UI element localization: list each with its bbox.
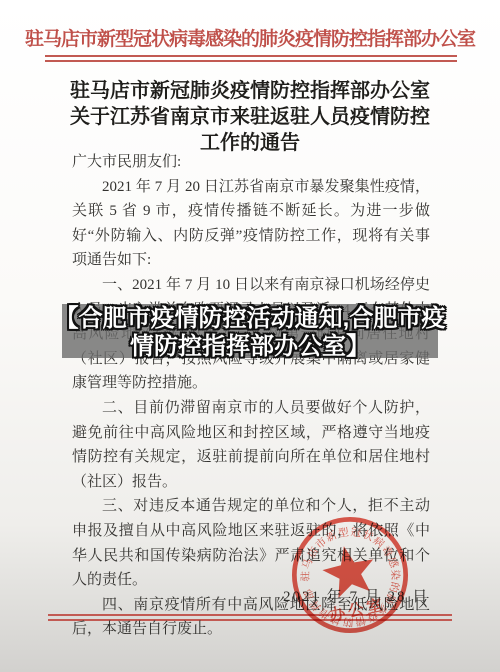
letterhead-org-name: 驻马店市新型冠状病毒感染的肺炎疫情防控指挥部办公室: [0, 24, 500, 51]
paragraph-item-2: 二、目前仍滞留南京市的人员要做好个人防护，避免前往中高风险地区和封控区域，严格遵…: [72, 396, 430, 494]
document-title: 驻马店市新冠肺炎疫情防控指挥部办公室 关于江苏省南京市来驻返驻人员疫情防控 工作…: [36, 78, 464, 156]
salutation: 广大市民朋友们:: [72, 150, 430, 175]
paragraph-intro: 2021 年 7 月 20 日江苏省南京市暴发聚集性疫情，关联 5 省 9 市，…: [72, 175, 430, 273]
star-icon: [319, 541, 380, 600]
letterhead-divider: [45, 55, 457, 62]
official-seal: 驻马店市新型冠状病毒感染的肺炎疫情防控指挥部 办公室: [275, 500, 424, 649]
title-line-1: 驻马店市新冠肺炎疫情防控指挥部办公室: [36, 78, 464, 104]
title-line-2: 关于江苏省南京市来驻返驻人员疫情防控: [36, 104, 464, 130]
caption-overlay-text: 【合肥市疫情防控活动通知,合肥市疫情防控指挥部办公室】: [48, 305, 452, 361]
